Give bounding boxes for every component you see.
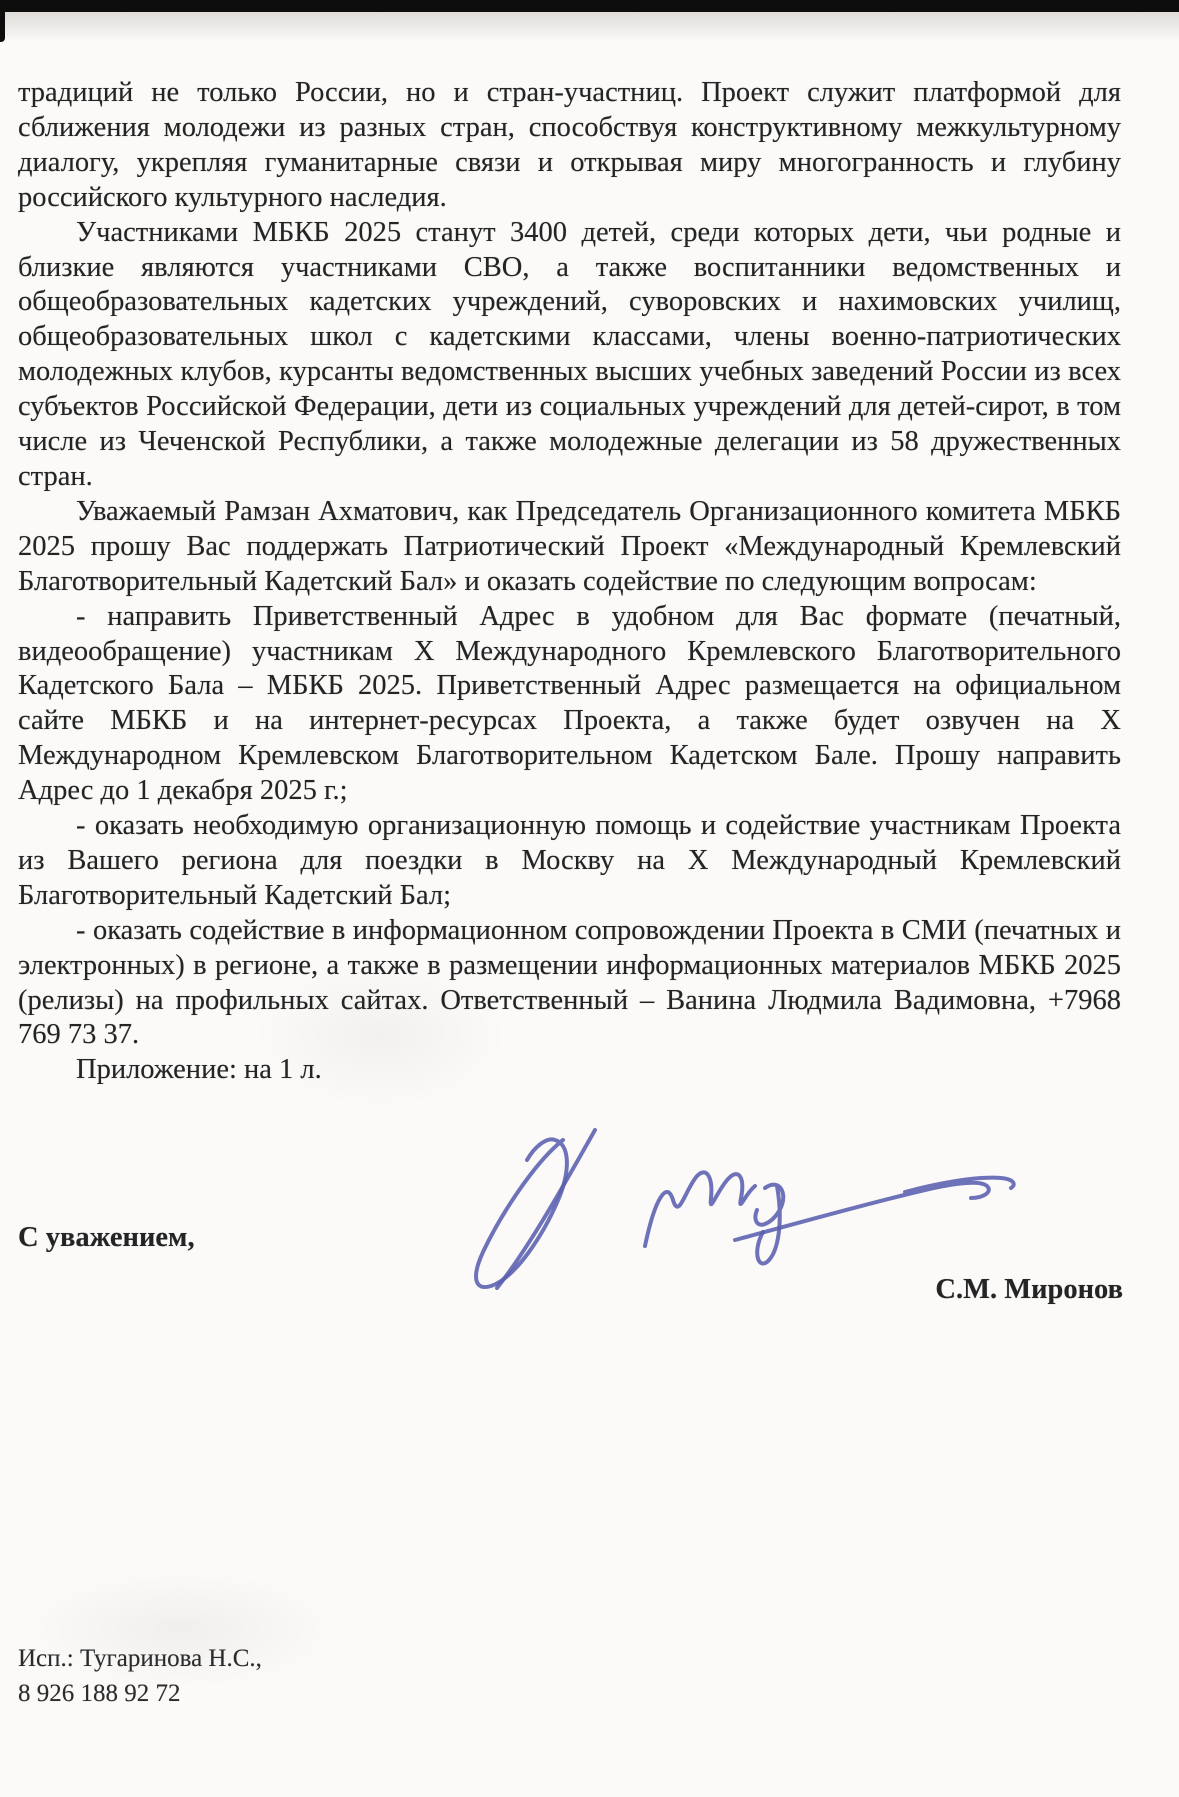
handwritten-signature xyxy=(435,1128,1025,1296)
signer-name: С.М. Миронов xyxy=(935,1274,1123,1306)
paragraph-continuation: традиций не только России, но и стран-уч… xyxy=(18,76,1121,216)
paragraph-request-item-2: - оказать необходимую организационную по… xyxy=(18,809,1121,914)
executor-name: Исп.: Тугаринова Н.С., xyxy=(18,1641,262,1676)
paragraph-request-item-1: - направить Приветственный Адрес в удобн… xyxy=(18,600,1121,809)
scan-top-shadow xyxy=(0,12,1179,42)
closing-salutation: С уважением, xyxy=(18,1222,195,1254)
letter-body: традиций не только России, но и стран-уч… xyxy=(18,76,1121,1088)
scan-left-edge xyxy=(0,0,5,42)
paragraph-attachment-note: Приложение: на 1 л. xyxy=(18,1053,1121,1088)
executor-block: Исп.: Тугаринова Н.С., 8 926 188 92 72 xyxy=(18,1641,262,1711)
paragraph-participants: Участниками МБКБ 2025 станут 3400 детей,… xyxy=(18,216,1121,495)
paragraph-request-intro: Уважаемый Рамзан Ахматович, как Председа… xyxy=(18,495,1121,600)
scan-top-edge xyxy=(0,0,1179,12)
paragraph-request-item-3: - оказать содействие в информационном со… xyxy=(18,914,1121,1054)
scanned-letter-page: традиций не только России, но и стран-уч… xyxy=(0,0,1179,1797)
executor-phone: 8 926 188 92 72 xyxy=(18,1676,262,1711)
